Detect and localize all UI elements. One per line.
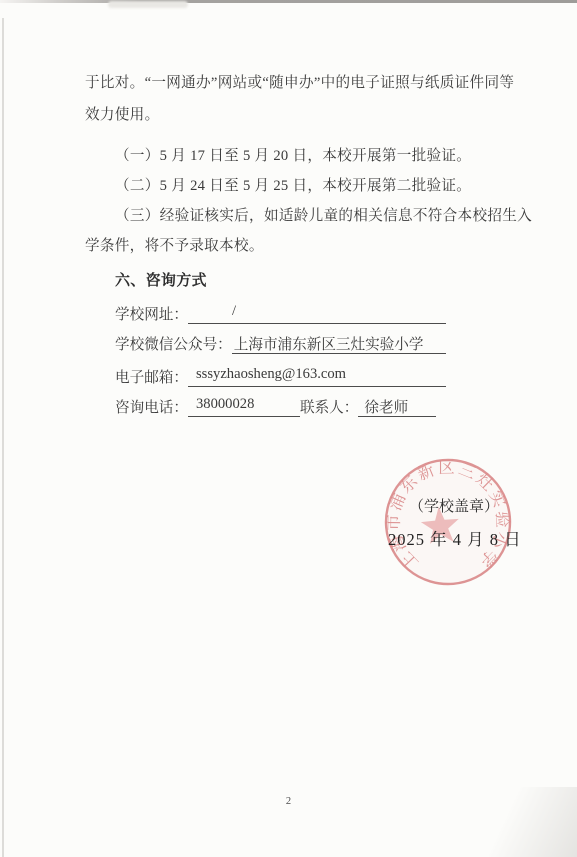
list-item: （二）5 月 24 日至 5 月 25 日，本校开展第二批验证。 [85, 176, 527, 196]
phone-label: 咨询电话： [115, 396, 188, 417]
section-title: 六、咨询方式 [85, 271, 527, 291]
paragraph-line: 效力使用。 [85, 105, 497, 125]
website-label: 学校网址： [115, 303, 188, 324]
school-seal-stamp: 上海市浦东新区三灶实验小学 [375, 449, 520, 594]
scan-left-edge [2, 18, 4, 857]
email-blank: sssyzhaosheng@163.com [188, 366, 446, 387]
scan-smudge [108, 1, 188, 8]
email-value: sssyzhaosheng@163.com [188, 366, 346, 382]
list-item: （三）经验证核实后，如适龄儿童的相关信息不符合本校招生入 [85, 206, 527, 226]
website-value: / [188, 303, 236, 319]
wechat-value: 上海市浦东新区三灶实验小学 [232, 337, 424, 353]
paragraph-line: 于比对。“一网通办”网站或“随申办”中的电子证照与纸质证件同等 [85, 73, 497, 93]
scan-top-edge [0, 0, 577, 3]
field-row-website: 学校网址： / [115, 303, 446, 324]
field-row-phone: 咨询电话： 38000028 联系人： 徐老师 [115, 396, 436, 417]
field-row-email: 电子邮箱： sssyzhaosheng@163.com [115, 366, 446, 387]
wechat-blank: 上海市浦东新区三灶实验小学 [232, 333, 446, 354]
scanned-document-page: 于比对。“一网通办”网站或“随申办”中的电子证照与纸质证件同等 效力使用。 （一… [0, 0, 577, 857]
contact-blank: 徐老师 [358, 396, 436, 417]
phone-blank: 38000028 [188, 396, 300, 417]
document-date: 2025 年 4 月 8 日 [388, 526, 522, 550]
website-blank: / [188, 303, 446, 324]
contact-value: 徐老师 [358, 400, 408, 416]
contact-label: 联系人： [300, 396, 358, 417]
list-item-continuation: 学条件，将不予录取本校。 [85, 236, 497, 256]
phone-value: 38000028 [188, 396, 254, 412]
email-label: 电子邮箱： [115, 366, 188, 387]
page-number: 2 [0, 796, 577, 807]
list-item: （一）5 月 17 日至 5 月 20 日，本校开展第一批验证。 [85, 146, 527, 166]
stamp-caption: （学校盖章） [409, 495, 499, 516]
wechat-label: 学校微信公众号： [115, 333, 232, 354]
field-row-wechat: 学校微信公众号： 上海市浦东新区三灶实验小学 [115, 333, 446, 354]
